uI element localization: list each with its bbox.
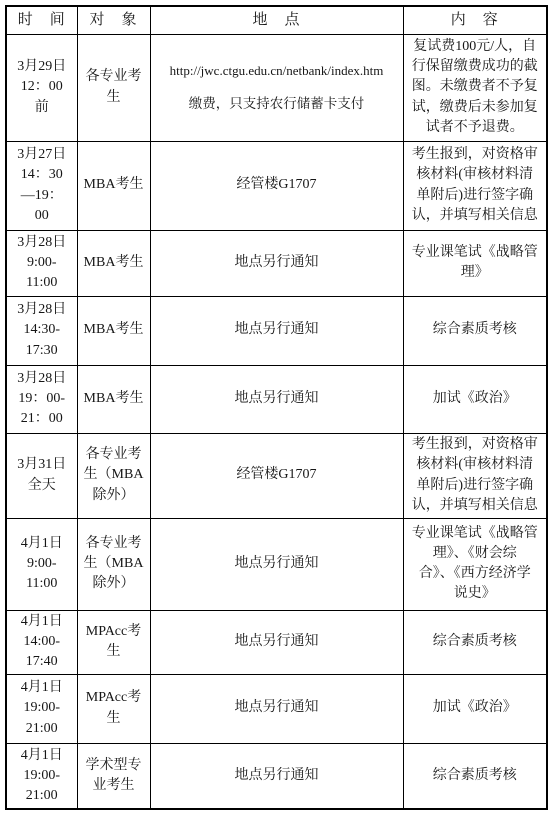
content-cell: 综合素质考核 [403, 743, 547, 809]
time-cell: 3月31日 全天 [6, 433, 77, 518]
time-cell: 3月27日 14：30 —19： 00 [6, 141, 77, 230]
location-cell: 地点另行通知 [150, 365, 403, 433]
payment-url: http://jwc.ctgu.edu.cn/netbank/index.htm [153, 55, 401, 87]
time-cell: 4月1日 14:00- 17:40 [6, 610, 77, 674]
table-row: 4月1日 19:00- 21:00 MPAcc考 生 地点另行通知 加试《政治》 [6, 674, 547, 743]
payment-note: 缴费，只支持农行储蓄卡支付 [153, 87, 401, 120]
location-cell: 地点另行通知 [150, 610, 403, 674]
column-header-location: 地 点 [150, 6, 403, 34]
table-row: 3月28日 19：00- 21：00 MBA考生 地点另行通知 加试《政治》 [6, 365, 547, 433]
content-cell: 综合素质考核 [403, 610, 547, 674]
table-row: 4月1日 14:00- 17:40 MPAcc考 生 地点另行通知 综合素质考核 [6, 610, 547, 674]
target-cell: 各专业考 生（MBA 除外） [77, 433, 150, 518]
table-row: 3月28日 14:30- 17:30 MBA考生 地点另行通知 综合素质考核 [6, 296, 547, 365]
location-cell: 经管楼G1707 [150, 141, 403, 230]
table-row: 3月28日 9:00- 11:00 MBA考生 地点另行通知 专业课笔试《战略管… [6, 230, 547, 296]
content-cell: 加试《政治》 [403, 674, 547, 743]
location-cell: http://jwc.ctgu.edu.cn/netbank/index.htm… [150, 34, 403, 141]
target-cell: 各专业考 生（MBA 除外） [77, 518, 150, 610]
time-cell: 3月28日 9:00- 11:00 [6, 230, 77, 296]
content-cell: 专业课笔试《战略管 理》 [403, 230, 547, 296]
target-cell: MBA考生 [77, 141, 150, 230]
location-cell: 地点另行通知 [150, 296, 403, 365]
table-row: 3月31日 全天 各专业考 生（MBA 除外） 经管楼G1707 考生报到，对资… [6, 433, 547, 518]
target-cell: MPAcc考 生 [77, 610, 150, 674]
target-cell: MPAcc考 生 [77, 674, 150, 743]
time-cell: 4月1日 19:00- 21:00 [6, 674, 77, 743]
table-row: 4月1日 19:00- 21:00 学术型专 业考生 地点另行通知 综合素质考核 [6, 743, 547, 809]
exam-schedule-table: 时 间 对 象 地 点 内 容 3月29日 12：00 前 各专业考 生 htt… [5, 5, 548, 810]
location-cell: 经管楼G1707 [150, 433, 403, 518]
content-cell: 综合素质考核 [403, 296, 547, 365]
content-cell: 专业课笔试《战略管 理》、《财会综 合》、《西方经济学 说史》 [403, 518, 547, 610]
location-cell: 地点另行通知 [150, 674, 403, 743]
target-cell: MBA考生 [77, 296, 150, 365]
table-row: 4月1日 9:00- 11:00 各专业考 生（MBA 除外） 地点另行通知 专… [6, 518, 547, 610]
column-header-content: 内 容 [403, 6, 547, 34]
location-cell: 地点另行通知 [150, 518, 403, 610]
content-cell: 复试费100元/人，自 行保留缴费成功的截 图。未缴费者不予复 试，缴费后未参加… [403, 34, 547, 141]
target-cell: MBA考生 [77, 230, 150, 296]
time-cell: 3月28日 14:30- 17:30 [6, 296, 77, 365]
time-cell: 3月28日 19：00- 21：00 [6, 365, 77, 433]
target-cell: 各专业考 生 [77, 34, 150, 141]
table-row: 3月27日 14：30 —19： 00 MBA考生 经管楼G1707 考生报到，… [6, 141, 547, 230]
column-header-target: 对 象 [77, 6, 150, 34]
target-cell: 学术型专 业考生 [77, 743, 150, 809]
content-cell: 考生报到，对资格审 核材料(审核材料清 单附后)进行签字确 认，并填写相关信息 [403, 433, 547, 518]
location-cell: 地点另行通知 [150, 743, 403, 809]
schedule-document: 时 间 对 象 地 点 内 容 3月29日 12：00 前 各专业考 生 htt… [5, 5, 548, 810]
column-header-time: 时 间 [6, 6, 77, 34]
header-row: 时 间 对 象 地 点 内 容 [6, 6, 547, 34]
content-cell: 加试《政治》 [403, 365, 547, 433]
table-row: 3月29日 12：00 前 各专业考 生 http://jwc.ctgu.edu… [6, 34, 547, 141]
location-cell: 地点另行通知 [150, 230, 403, 296]
time-cell: 3月29日 12：00 前 [6, 34, 77, 141]
target-cell: MBA考生 [77, 365, 150, 433]
time-cell: 4月1日 9:00- 11:00 [6, 518, 77, 610]
time-cell: 4月1日 19:00- 21:00 [6, 743, 77, 809]
content-cell: 考生报到，对资格审 核材料(审核材料清 单附后)进行签字确 认，并填写相关信息 [403, 141, 547, 230]
